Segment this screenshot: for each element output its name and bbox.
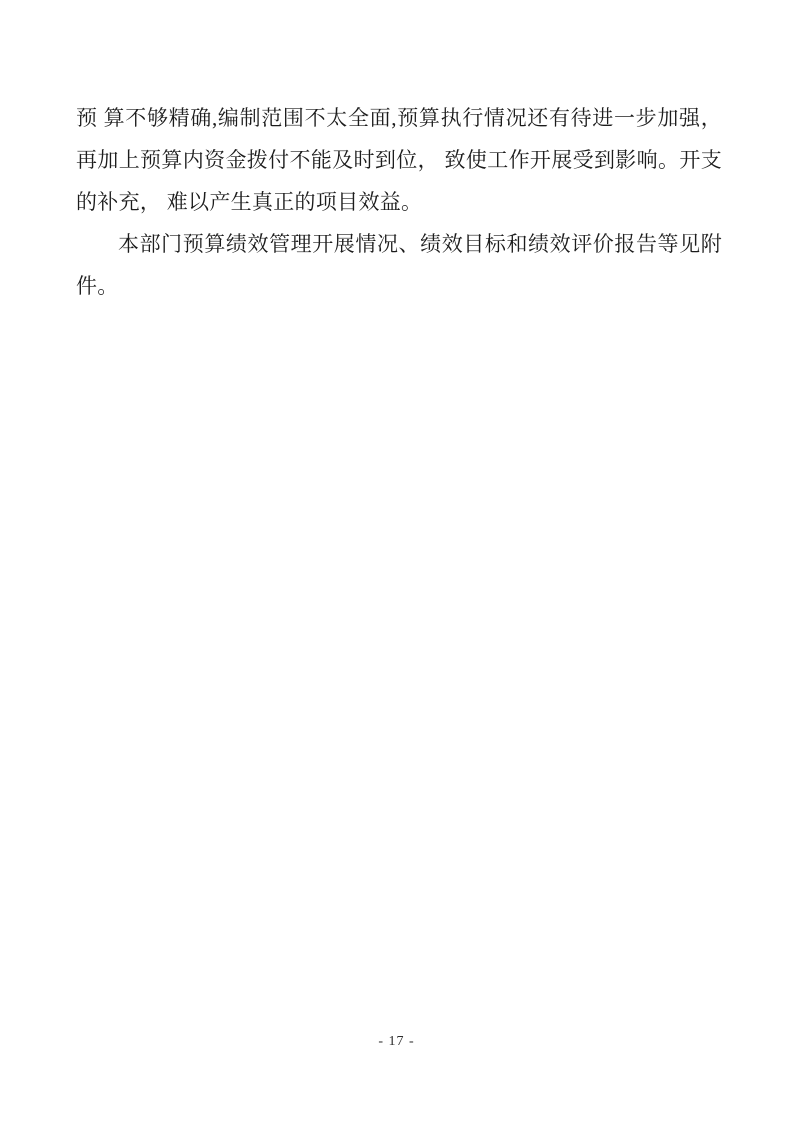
page-number: - 17 - [0, 1034, 793, 1050]
text-line: 再加上预算内资金拨付不能及时到位， 致使工作开展受到影响。开支 [76, 139, 722, 181]
text-block: 预 算不够精确,编制范围不太全面,预算执行情况还有待进一步加强， 再加上预算内资… [76, 97, 722, 307]
document-page: 预 算不够精确,编制范围不太全面,预算执行情况还有待进一步加强， 再加上预算内资… [0, 0, 793, 1122]
text-line: 本部门预算绩效管理开展情况、绩效目标和绩效评价报告等见附 [76, 223, 722, 265]
text-line: 的补充， 难以产生真正的项目效益。 [76, 181, 722, 223]
paragraph: 预 算不够精确,编制范围不太全面,预算执行情况还有待进一步加强， 再加上预算内资… [76, 97, 722, 223]
paragraph: 本部门预算绩效管理开展情况、绩效目标和绩效评价报告等见附 件。 [76, 223, 722, 307]
text-line: 预 算不够精确,编制范围不太全面,预算执行情况还有待进一步加强， [76, 97, 722, 139]
text-line: 件。 [76, 265, 722, 307]
